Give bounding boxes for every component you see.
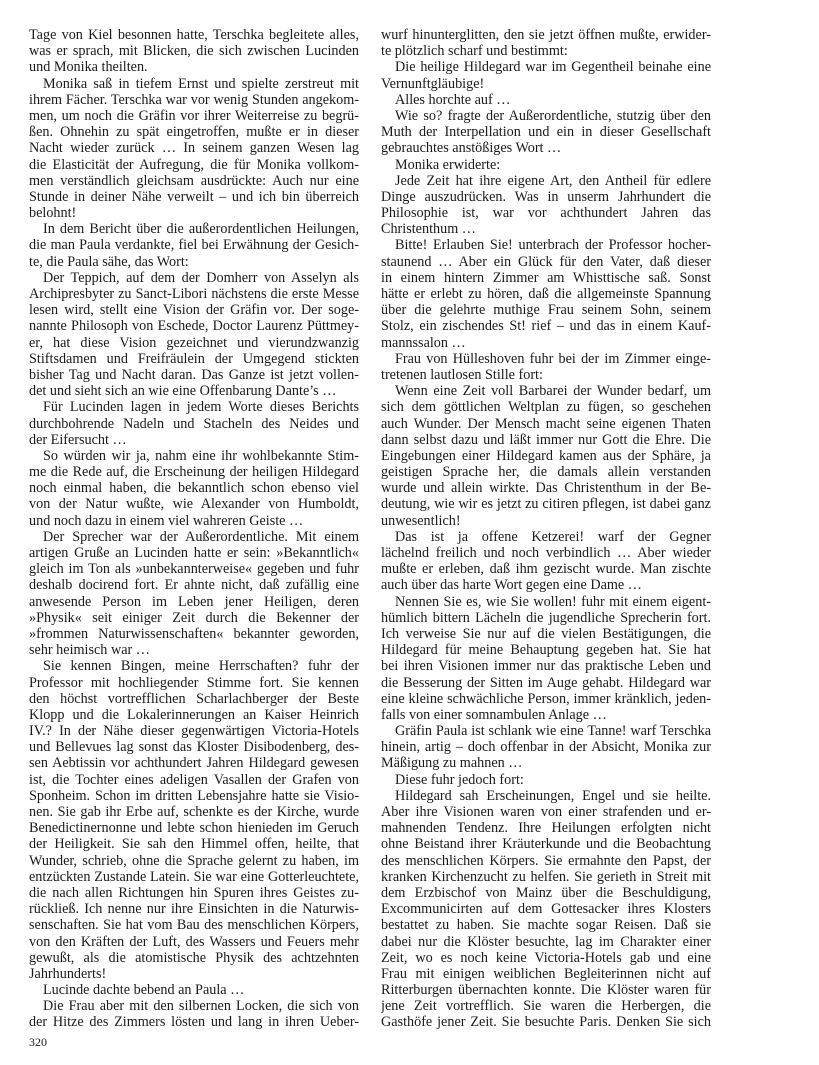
text-line: Gasthöfe jener Zeit. Sie besuchte Paris.… [381, 1014, 711, 1030]
text-line: der Heiligkeit. Sie sah den Himmel offen… [29, 836, 359, 852]
text-line: Ich verweise Sie nur auf die vielen Best… [381, 626, 711, 642]
text-line: Excommunicirten auf dem Gottesacker ihre… [381, 901, 711, 917]
text-line: te, die Paula sähe, das Wort: [29, 254, 359, 270]
text-line: unwesentlich! [381, 513, 711, 529]
text-line: durchbohrende Nadeln und Stacheln des Ne… [29, 416, 359, 432]
text-line: deutung, wie wir es jetzt zu citiren pfl… [381, 496, 711, 512]
text-line: Diese fuhr jedoch fort: [381, 772, 711, 788]
text-line: Aber ihre Visionen waren von einer straf… [381, 804, 711, 820]
text-line: rückließ. Ich nenne nur ihre Einsichten … [29, 901, 359, 917]
text-line: Philosophie ist, war vor achthundert Jah… [381, 205, 711, 221]
text-line: falls von einer somnambulen Anlage … [381, 707, 711, 723]
text-line: Gräfin Paula ist schlank wie eine Tanne!… [381, 723, 711, 739]
text-line: wurf hinunterglitten, den sie jetzt öffn… [381, 27, 711, 43]
text-line: Zeit, wo es noch keine Victoria-Hotels g… [381, 950, 711, 966]
text-line: Für Lucinden lagen in jedem Worte dieses… [29, 399, 359, 415]
text-line: Sponheim. Schon im dritten Lebensjahre h… [29, 788, 359, 804]
text-line: Vernunftgläubige! [381, 76, 711, 92]
text-line: über die gelehrte muthige Frau seinem So… [381, 302, 711, 318]
text-line: gewußt, als die atomistische Physik des … [29, 950, 359, 966]
text-line: men verständlich gleichsam ausdrückte: A… [29, 173, 359, 189]
text-line: Der Teppich, auf dem der Domherr von Ass… [29, 270, 359, 286]
text-line: sehr heimisch war … [29, 642, 359, 658]
text-line: Tage von Kiel besonnen hatte, Terschka b… [29, 27, 359, 43]
text-line: Wie so? fragte der Außerordentliche, stu… [381, 108, 711, 124]
text-line: wurde und allein wirkte. Das Christenthu… [381, 480, 711, 496]
text-line: dabei nur die Klöster besuchte, lag im C… [381, 934, 711, 950]
text-line: die nach allen Richtungen hin Spuren ihr… [29, 885, 359, 901]
text-line: mußte er erleben, daß ihm gezischt wurde… [381, 561, 711, 577]
text-line: bei ihren Visionen immer nur das praktis… [381, 658, 711, 674]
text-line: Sie kennen Bingen, meine Herrschaften? f… [29, 658, 359, 674]
text-line: Frau mit einigen weiblichen Begleiterinn… [381, 966, 711, 982]
text-line: In dem Bericht über die außerordentliche… [29, 221, 359, 237]
text-line: ohne Beistand ihrer Kräuterkunde und die… [381, 836, 711, 852]
text-line: So würden wir ja, nahm eine ihr wohlbeka… [29, 448, 359, 464]
text-line: hümlich bittern Lächeln die jugendliche … [381, 610, 711, 626]
text-line: Dinge auszudrücken. Was in unserm Jahrhu… [381, 189, 711, 205]
text-line: belohnt! [29, 205, 359, 221]
text-line: Die heilige Hildegard war im Gegentheil … [381, 59, 711, 75]
text-line: Lucinde dachte bebend an Paula … [29, 982, 359, 998]
text-line: Archipresbyter zu Sanct-Libori nächstens… [29, 286, 359, 302]
text-line: der Eifersucht … [29, 432, 359, 448]
right-text-column: wurf hinunterglitten, den sie jetzt öffn… [381, 27, 711, 1031]
text-line: Stiftsdamen und Freifräulein der Umgegen… [29, 351, 359, 367]
text-line: artigen Gruße an Lucinden hatte er sein:… [29, 545, 359, 561]
text-line: geistigen Sprache her, die damals allein… [381, 464, 711, 480]
text-line: anwesende Person im Leben jener Heiligen… [29, 594, 359, 610]
text-line: von der Natur wußte, wie Alexander von H… [29, 496, 359, 512]
text-line: Ritterburgen übernachten konnte. Die Klö… [381, 982, 711, 998]
text-line: hätte er erlebt zu hören, daß die allgem… [381, 286, 711, 302]
text-line: tretenen lautlosen Stille fort: [381, 367, 711, 383]
text-line: jene Zeit vortrefflich. Sie waren die He… [381, 998, 711, 1014]
text-line: deshalb docirend fort. Er ahnte nicht, d… [29, 577, 359, 593]
text-line: gleich im Ton als »unbekannterweise« geg… [29, 561, 359, 577]
text-line: Stunde in deiner Nähe verweilt – und ich… [29, 189, 359, 205]
text-line: des menschlichen Körpers. Sie ermahnte d… [381, 853, 711, 869]
text-line: noch einmal haben, die bekanntlich schon… [29, 480, 359, 496]
left-text-column: Tage von Kiel besonnen hatte, Terschka b… [29, 27, 359, 1031]
text-line: nen. Sie gab ihr Erbe auf, schenkte es d… [29, 804, 359, 820]
text-line: Monika saß in tiefem Ernst und spielte z… [29, 76, 359, 92]
text-line: dem Erzbischof von Mainz über die Beschu… [381, 885, 711, 901]
text-line: Stolz, ein zischendes St! rief – und das… [381, 318, 711, 334]
text-line: lesen wird, stellt eine Vision der Gräfi… [29, 302, 359, 318]
text-line: dann selbst dazu und läßt immer nur Gott… [381, 432, 711, 448]
text-line: sich dem göttlichen Weltplan zu fügen, s… [381, 399, 711, 415]
text-line: staunend … Aber ein Glück für den Vater,… [381, 254, 711, 270]
text-line: Benedictinernonne und lebte schon hienie… [29, 820, 359, 836]
text-line: mahnenden Tendenz. Ihre Heilungen erfolg… [381, 820, 711, 836]
text-line: Eingebungen einer Hildegard kamen aus de… [381, 448, 711, 464]
text-line: gebrauchtes anstößiges Wort … [381, 140, 711, 156]
text-line: in einem hintern Zimmer am Whisttische s… [381, 270, 711, 286]
text-line: Das ist ja offene Ketzerei! warf der Geg… [381, 529, 711, 545]
text-line: lächelnd freilich und noch verbindlich …… [381, 545, 711, 561]
text-line: bisher Tag und Nacht daran. Das Ganze is… [29, 367, 359, 383]
text-line: mannssalon … [381, 335, 711, 351]
text-line: Frau von Hülleshoven fuhr bei der im Zim… [381, 351, 711, 367]
text-line: senschaften. Sie hat vom Bau des menschl… [29, 917, 359, 933]
text-line: Mäßigung zu mahnen … [381, 755, 711, 771]
text-line: Klopp und die Lokalerinnerungen an Kaise… [29, 707, 359, 723]
text-line: ist, die Tochter eines adeligen Vasallen… [29, 772, 359, 788]
text-line: IV.? In der Nähe dieser gegenwärtigen Vi… [29, 723, 359, 739]
text-line: te plötzlich scharf und bestimmt: [381, 43, 711, 59]
text-line: und Bellevues lag sonst das Kloster Disi… [29, 739, 359, 755]
text-line: Professor mit hochliegender Stimme fort.… [29, 675, 359, 691]
text-line: kranken Kirchenzucht zu helfen. Sie geri… [381, 869, 711, 885]
text-line: nannte Philosoph von Eschede, Doctor Lau… [29, 318, 359, 334]
text-line: die man Paula verdankte, fiel bei Erwähn… [29, 237, 359, 253]
text-line: Der Sprecher war der Außerordentliche. M… [29, 529, 359, 545]
text-line: »Physik« seit einiger Zeit durch die Bek… [29, 610, 359, 626]
text-line: den höchst vortrefflichen Scharlachberge… [29, 691, 359, 707]
text-line: Hildegard sah Erscheinungen, Engel und s… [381, 788, 711, 804]
text-line: was er sprach, mit Blicken, die sich zwi… [29, 43, 359, 59]
text-line: eine kleine schwächliche Person, immer k… [381, 691, 711, 707]
text-line: auch über das harte Wort gegen eine Dame… [381, 577, 711, 593]
text-line: me die Rede auf, die Erscheinung der hei… [29, 464, 359, 480]
text-line: auch Wunder. Der Mensch macht seine eige… [381, 416, 711, 432]
text-line: Jahrhunderts! [29, 966, 359, 982]
text-line: Wunder, schrieb, ohne die Sprache gelern… [29, 853, 359, 869]
text-line: Christenthum … [381, 221, 711, 237]
text-line: und Monika theilten. [29, 59, 359, 75]
text-line: Wenn eine Zeit voll Barbarei der Wunder … [381, 383, 711, 399]
text-line: »frommen Naturwissenschaften« bekannter … [29, 626, 359, 642]
text-line: Nennen Sie es, wie Sie wollen! fuhr mit … [381, 594, 711, 610]
text-line: der Hitze des Zimmers lösten und lang in… [29, 1014, 359, 1030]
text-line: Alles horchte auf … [381, 92, 711, 108]
text-line: Bitte! Erlauben Sie! unterbrach der Prof… [381, 237, 711, 253]
text-line: die Besserung der Sitten im Auge gehabt.… [381, 675, 711, 691]
text-line: hinein, artig – doch offenbar in der Abs… [381, 739, 711, 755]
text-line: er, hat diese Vision gezeichnet und vier… [29, 335, 359, 351]
text-line: Die Frau aber mit den silbernen Locken, … [29, 998, 359, 1014]
text-line: entzückten Zustande Latein. Sie war eine… [29, 869, 359, 885]
text-line: sen Aebtissin vor achthundert Jahren Hil… [29, 755, 359, 771]
text-line: Monika erwiderte: [381, 157, 711, 173]
text-line: die Elasticität der Aufregung, die für M… [29, 157, 359, 173]
text-line: ßen. Ohnehin zu spät eingetroffen, mußte… [29, 124, 359, 140]
text-line: Muth der Interpellation und ein in diese… [381, 124, 711, 140]
text-line: Hildegard für meine Behauptung gegeben h… [381, 642, 711, 658]
text-line: det und sieht sich an wie eine Offenbaru… [29, 383, 359, 399]
page-number: 320 [29, 1035, 47, 1050]
text-line: und noch dazu in einem viel wahreren Gei… [29, 513, 359, 529]
text-line: Nacht wieder zurück … In seinem ganzen W… [29, 140, 359, 156]
text-line: bestattet zu haben. Sie machte sogar Rei… [381, 917, 711, 933]
text-line: ihrem Fächer. Terschka war vor wenig Stu… [29, 92, 359, 108]
text-line: men, um noch die Gräfin vor ihrer Weiter… [29, 108, 359, 124]
text-line: von den Kräften der Luft, des Wassers un… [29, 934, 359, 950]
text-line: Jede Zeit hat ihre eigene Art, den Anthe… [381, 173, 711, 189]
